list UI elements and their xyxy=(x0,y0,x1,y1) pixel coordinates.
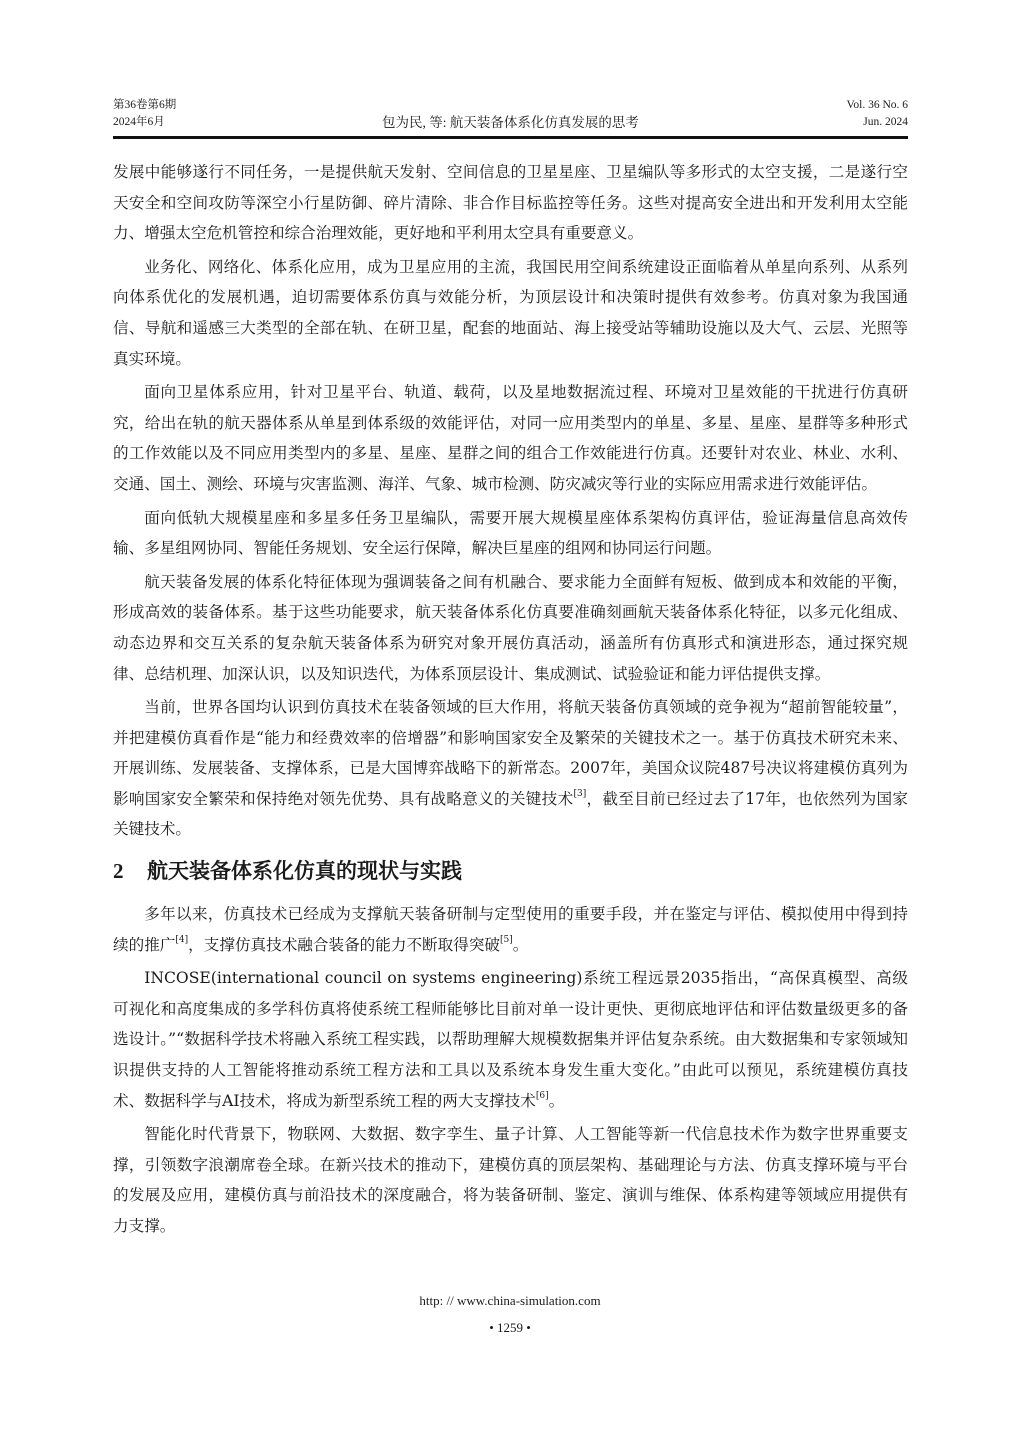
page-body: 发展中能够遂行不同任务，一是提供航天发射、空间信息的卫星星座、卫星编队等多形式的… xyxy=(113,157,908,1245)
section-heading: 2航天装备体系化仿真的现状与实践 xyxy=(113,853,908,889)
paragraph: 面向低轨大规模星座和多星多任务卫星编队，需要开展大规模星座体系架构仿真评估，验证… xyxy=(113,503,908,564)
page-number: • 1259 • xyxy=(0,1320,1020,1336)
volume-issue-cn: 第36卷第6期 xyxy=(113,97,176,114)
paragraph: 多年以来，仿真技术已经成为支撑航天装备研制与定型使用的重要手段，并在鉴定与评估、… xyxy=(113,899,908,960)
paragraph: 当前，世界各国均认识到仿真技术在装备领域的巨大作用，将航天装备仿真领域的竞争视为… xyxy=(113,692,908,845)
section-number: 2 xyxy=(113,853,147,889)
text: ，支撑仿真技术融合装备的能力不断取得突破 xyxy=(188,936,500,954)
citation[interactable]: [5] xyxy=(500,935,513,945)
paragraph: 发展中能够遂行不同任务，一是提供航天发射、空间信息的卫星星座、卫星编队等多形式的… xyxy=(113,157,908,249)
citation[interactable]: [6] xyxy=(536,1091,549,1101)
date-en: Jun. 2024 xyxy=(847,114,908,131)
running-header: 第36卷第6期 2024年6月 包为民, 等: 航天装备体系化仿真发展的思考 V… xyxy=(113,97,908,135)
paragraph: 智能化时代背景下，物联网、大数据、数字孪生、量子计算、人工智能等新一代信息技术作… xyxy=(113,1119,908,1241)
paragraph: 面向卫星体系应用，针对卫星平台、轨道、载荷，以及星地数据流过程、环境对卫星效能的… xyxy=(113,377,908,499)
paragraph: 业务化、网络化、体系化应用，成为卫星应用的主流，我国民用空间系统建设正面临着从单… xyxy=(113,252,908,374)
header-right: Vol. 36 No. 6 Jun. 2024 xyxy=(847,97,908,131)
citation[interactable]: [4] xyxy=(175,935,188,945)
volume-issue-en: Vol. 36 No. 6 xyxy=(847,97,908,114)
footer-url[interactable]: http: // www.china-simulation.com xyxy=(0,1293,1020,1309)
text: 。 xyxy=(513,936,529,954)
paragraph: INCOSE(international council on systems … xyxy=(113,963,908,1116)
citation[interactable]: [3] xyxy=(573,789,586,799)
text: 。 xyxy=(549,1092,565,1110)
header-rule xyxy=(113,136,908,139)
paragraph: 航天装备发展的体系化特征体现为强调装备之间有机融合、要求能力全面鲜有短板、做到成… xyxy=(113,567,908,689)
header-title: 包为民, 等: 航天装备体系化仿真发展的思考 xyxy=(113,114,908,131)
text: INCOSE(international council on systems … xyxy=(113,969,908,1109)
section-title: 航天装备体系化仿真的现状与实践 xyxy=(147,858,462,883)
